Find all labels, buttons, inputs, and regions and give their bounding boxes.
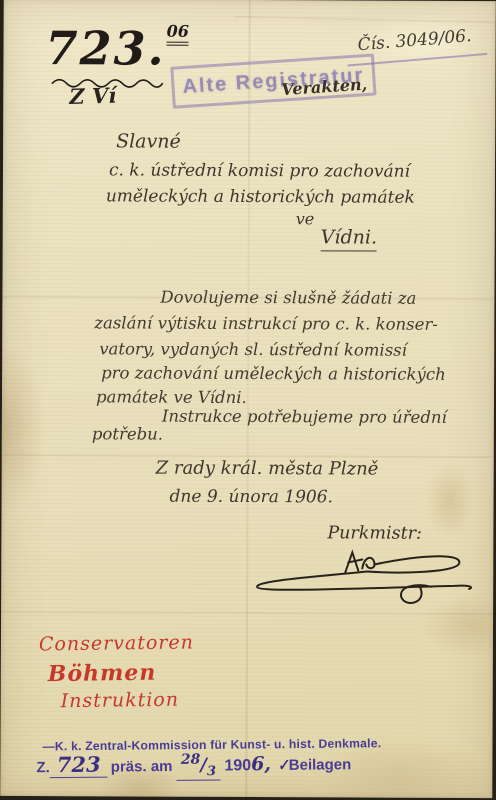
body-line-5: památek ve Vídni. xyxy=(96,387,247,407)
salutation-line-3: uměleckých a historických památek xyxy=(106,186,415,207)
red-note-2: Böhmen xyxy=(48,660,157,687)
closing-place-line: Z rady král. města Plzně xyxy=(156,458,379,480)
registry-number-value: 723. xyxy=(45,21,165,76)
receipt-date-denominator: 3 xyxy=(207,764,216,779)
signature-flourish xyxy=(249,544,475,609)
salutation-city: Vídni. xyxy=(321,226,377,251)
request-line-2: potřebu. xyxy=(92,424,163,443)
fold-crease-top xyxy=(234,16,496,24)
red-note-1: Conservatoren xyxy=(39,631,194,655)
salutation-line-1: Slavné xyxy=(116,130,181,152)
receipt-beilagen-label: Beilagen xyxy=(289,756,352,774)
request-line-1: Instrukce potřebujeme pro úřední xyxy=(162,407,447,427)
fold-crease-bottom xyxy=(1,611,493,615)
receipt-z-label: Z. xyxy=(36,759,50,776)
registry-number-year-superscript: 06 xyxy=(167,22,189,46)
document-photo: 723.06 Z Ví Alte Registratur Čís. 3049/0… xyxy=(0,0,496,800)
red-note-3: Instruktion xyxy=(61,689,180,713)
receipt-pras-label: präs. am xyxy=(111,758,173,776)
receipt-date-numerator: 28 xyxy=(181,752,201,768)
receipt-year-printed: 190 xyxy=(224,757,251,775)
receipt-stamp-line2: Z. 723 präs. am 28/3 190 6, ✓ Beilagen xyxy=(36,749,351,782)
receipt-z-number: 723 xyxy=(57,752,101,777)
receipt-date: 28/3 xyxy=(176,752,220,781)
body-line-3: vatory, vydaných sl. ústřední komissí xyxy=(99,339,407,359)
closing-date-line: dne 9. února 1906. xyxy=(170,487,333,508)
body-line-4: pro zachování uměleckých a historických xyxy=(101,363,446,384)
signature-title: Purkmistr: xyxy=(327,523,422,543)
paper: 723.06 Z Ví Alte Registratur Čís. 3049/0… xyxy=(0,0,495,798)
body-line-2: zaslání výtisku instrukcí pro c. k. kons… xyxy=(94,313,438,333)
salutation-preposition: ve xyxy=(296,209,315,228)
registry-sub-annotation: Z Ví xyxy=(69,83,117,109)
body-line-1: Dovolujeme si slušně žádati za xyxy=(160,288,416,308)
salutation-line-2: c. k. ústřední komisi pro zachování xyxy=(109,160,410,181)
receipt-beilagen-mark: ✓ xyxy=(276,757,290,775)
receipt-year-handwritten: 6, xyxy=(251,753,271,775)
registry-number: 723.06 xyxy=(45,21,189,76)
reference-number: Čís. 3049/06. xyxy=(357,26,472,55)
